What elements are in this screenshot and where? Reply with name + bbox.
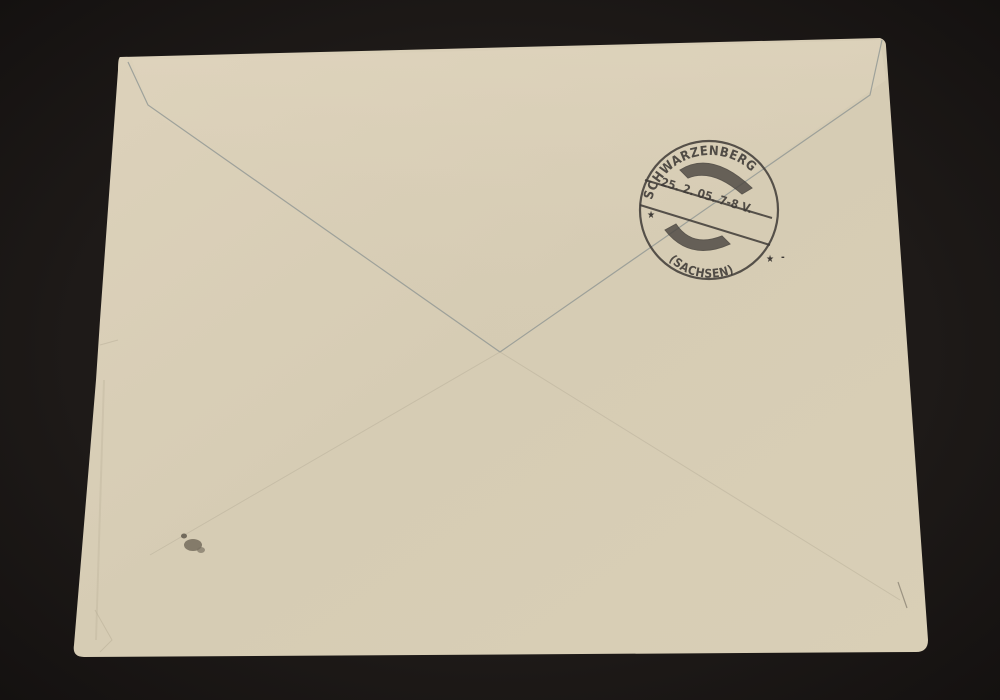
svg-text:★: ★ xyxy=(766,254,774,265)
svg-text:-: - xyxy=(781,252,785,263)
svg-text:★: ★ xyxy=(647,210,655,221)
envelope xyxy=(74,38,928,657)
envelope-photo: ★ ★ - SCHWARZENBERG 25. 2. 05. 7-8 V. (S… xyxy=(0,0,1000,700)
